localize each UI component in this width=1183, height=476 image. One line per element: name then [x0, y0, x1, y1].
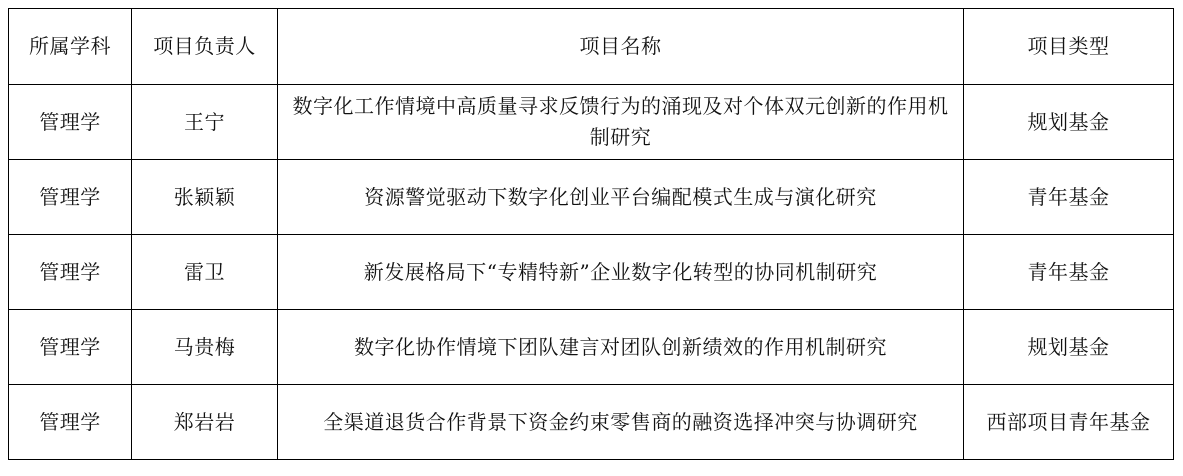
table-row: 管理学 王宁 数字化工作情境中高质量寻求反馈行为的涌现及对个体双元创新的作用机制…	[9, 85, 1174, 160]
cell-subject: 管理学	[9, 85, 132, 160]
table-row: 管理学 郑岩岩 全渠道退货合作背景下资金约束零售商的融资选择冲突与协调研究 西部…	[9, 385, 1174, 460]
header-subject: 所属学科	[9, 9, 132, 85]
header-project-name: 项目名称	[278, 9, 964, 85]
table-row: 管理学 雷卫 新发展格局下“专精特新”企业数字化转型的协同机制研究 青年基金	[9, 235, 1174, 310]
cell-leader: 张颖颖	[132, 160, 278, 235]
cell-project-type: 规划基金	[964, 310, 1174, 385]
table-header-row: 所属学科 项目负责人 项目名称 项目类型	[9, 9, 1174, 85]
cell-subject: 管理学	[9, 235, 132, 310]
cell-leader: 马贵梅	[132, 310, 278, 385]
cell-project-name: 资源警觉驱动下数字化创业平台编配模式生成与演化研究	[278, 160, 964, 235]
cell-leader: 雷卫	[132, 235, 278, 310]
cell-project-type: 西部项目青年基金	[964, 385, 1174, 460]
cell-project-name: 数字化工作情境中高质量寻求反馈行为的涌现及对个体双元创新的作用机制研究	[278, 85, 964, 160]
cell-leader: 郑岩岩	[132, 385, 278, 460]
table-row: 管理学 张颖颖 资源警觉驱动下数字化创业平台编配模式生成与演化研究 青年基金	[9, 160, 1174, 235]
cell-project-name: 新发展格局下“专精特新”企业数字化转型的协同机制研究	[278, 235, 964, 310]
cell-project-type: 规划基金	[964, 85, 1174, 160]
cell-leader: 王宁	[132, 85, 278, 160]
header-project-type: 项目类型	[964, 9, 1174, 85]
cell-project-name: 全渠道退货合作背景下资金约束零售商的融资选择冲突与协调研究	[278, 385, 964, 460]
project-table: 所属学科 项目负责人 项目名称 项目类型 管理学 王宁 数字化工作情境中高质量寻…	[8, 8, 1174, 460]
table-row: 管理学 马贵梅 数字化协作情境下团队建言对团队创新绩效的作用机制研究 规划基金	[9, 310, 1174, 385]
cell-subject: 管理学	[9, 385, 132, 460]
cell-subject: 管理学	[9, 160, 132, 235]
header-leader: 项目负责人	[132, 9, 278, 85]
cell-project-name: 数字化协作情境下团队建言对团队创新绩效的作用机制研究	[278, 310, 964, 385]
cell-subject: 管理学	[9, 310, 132, 385]
cell-project-type: 青年基金	[964, 160, 1174, 235]
project-table-container: 所属学科 项目负责人 项目名称 项目类型 管理学 王宁 数字化工作情境中高质量寻…	[8, 8, 1174, 460]
cell-project-type: 青年基金	[964, 235, 1174, 310]
